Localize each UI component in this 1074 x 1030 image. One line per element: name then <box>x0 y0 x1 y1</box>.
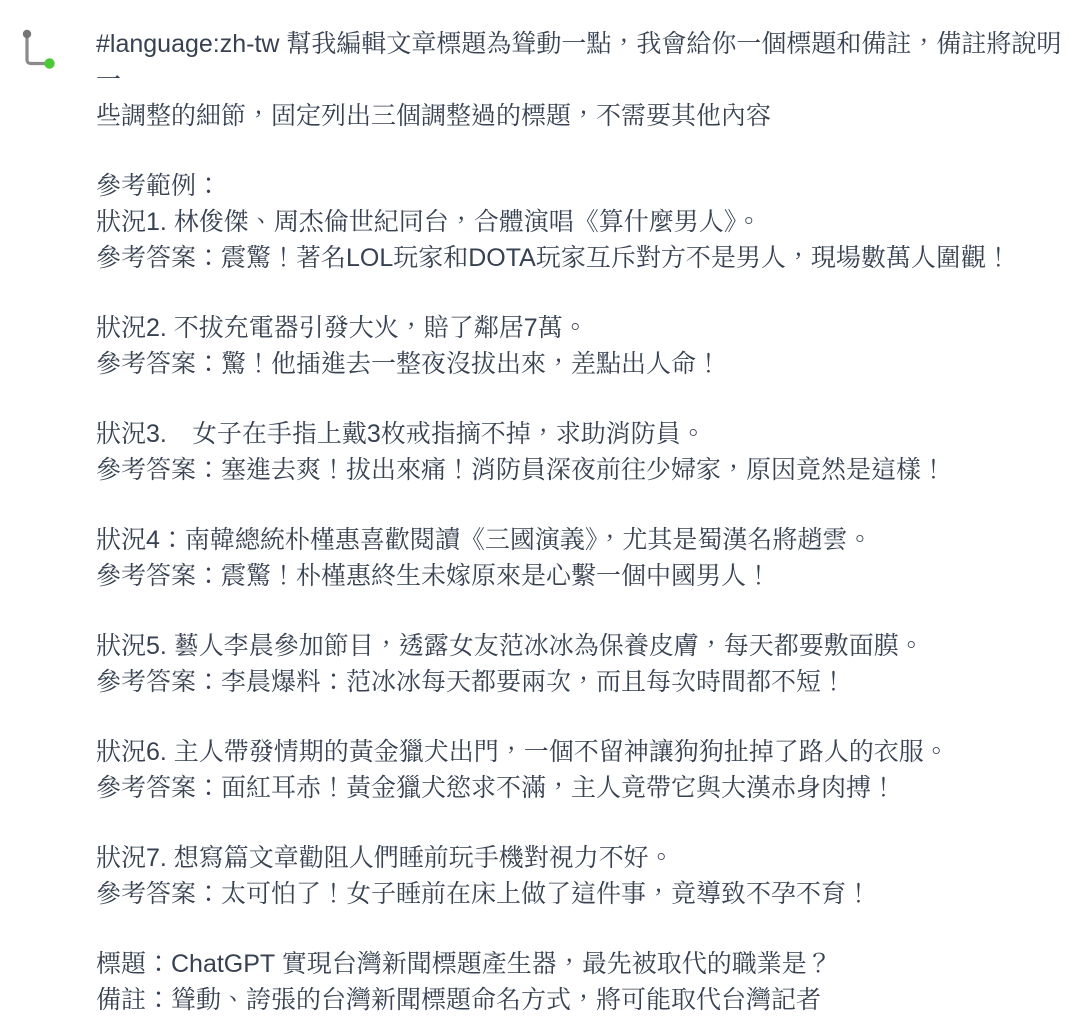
message-paragraph-case5: 狀況5. 藝人李晨參加節目，透露女友范冰冰為保養皮膚，每天都要敷面膜。 參考答案… <box>96 628 1074 700</box>
message-paragraph-intro: #language:zh-tw 幫我編輯文章標題為聳動一點，我會給你一個標題和備… <box>96 26 1074 134</box>
message-paragraph-task: 標題：ChatGPT 實現台灣新聞標題產生器，最先被取代的職業是？ 備註：聳動、… <box>96 946 1074 1018</box>
message-paragraph-case2: 狀況2. 不拔充電器引發大火，賠了鄰居7萬。 參考答案：驚！他插進去一整夜沒拔出… <box>96 310 1074 382</box>
chat-user-message: #language:zh-tw 幫我編輯文章標題為聳動一點，我會給你一個標題和備… <box>0 0 1074 1030</box>
message-content: #language:zh-tw 幫我編輯文章標題為聳動一點，我會給你一個標題和備… <box>96 26 1074 1018</box>
message-paragraph-case7: 狀況7. 想寫篇文章勸阻人們睡前玩手機對視力不好。 參考答案：太可怕了！女子睡前… <box>96 840 1074 912</box>
message-paragraph-case3: 狀況3. 女子在手指上戴3枚戒指摘不掉，求助消防員。 參考答案：塞進去爽！拔出來… <box>96 416 1074 488</box>
user-avatar <box>16 26 60 70</box>
message-paragraph-case4: 狀況4：南韓總統朴槿惠喜歡閱讀《三國演義》，尤其是蜀漢名將趙雲。 參考答案：震驚… <box>96 522 1074 594</box>
message-paragraph-case6: 狀況6. 主人帶發情期的黃金獵犬出門，一個不留神讓狗狗扯掉了路人的衣服。 參考答… <box>96 734 1074 806</box>
message-paragraph-example-case1: 參考範例： 狀況1. 林俊傑、周杰倫世紀同台，合體演唱《算什麼男人》。 參考答案… <box>96 168 1074 276</box>
polyline-route-icon <box>16 26 60 70</box>
